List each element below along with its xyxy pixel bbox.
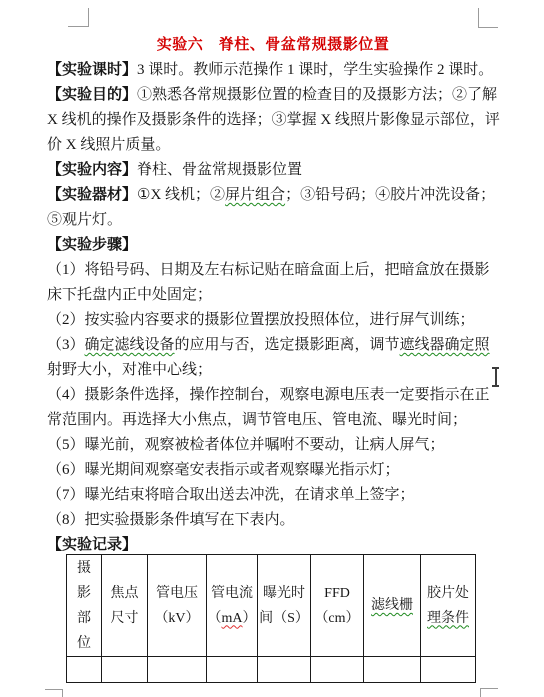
text-segment: 位 (77, 636, 91, 651)
table-empty-cell-ffd-cm[interactable] (311, 657, 364, 683)
text-segment: 理条件 (427, 611, 469, 626)
document-title: 实验六 脊柱、骨盆常规摄影位置 (47, 33, 499, 58)
doc-line: （6）曝光期间观察毫安表指示或者观察曝光指示灯； (47, 458, 499, 483)
section-label: 【实验记录】 (47, 537, 137, 553)
cell-line: 曝光时 (258, 581, 310, 606)
text-segment: ） (243, 611, 257, 626)
cell-line: （cm） (311, 606, 363, 631)
cell-line: （kV） (148, 606, 206, 631)
table-header-cell-lv-xian-shan: 滤线栅 (364, 555, 421, 657)
table-empty-cell-she-ying-bu-wei[interactable] (67, 657, 102, 683)
ibeam-cursor-icon (491, 367, 500, 387)
text-segment: （ (208, 611, 222, 626)
doc-line: X 线机的操作及摄影条件的选择；③掌握 X 线照片影像显示部位，评 (47, 108, 499, 133)
cell-line: 管电压 (148, 581, 206, 606)
text-segment: 影 (77, 586, 91, 601)
text-segment: 价 X 线照片质量。 (47, 137, 170, 153)
text-segment: 脊柱、骨盆常规摄影位置 (137, 162, 302, 178)
cell-line: 管电流 (207, 581, 257, 606)
text-segment: 确定滤线设备 (85, 337, 175, 353)
text-segment: 部 (77, 611, 91, 626)
text-segment: （8）把实验摄影条件填写在下表内。 (47, 512, 295, 528)
text-segment: ①X 线机；② (137, 187, 225, 203)
text-segment: 的应用与否，选定摄影距离，调节 (175, 337, 400, 353)
text-segment: mA (222, 611, 243, 626)
cell-line: 部 (67, 606, 101, 631)
doc-line: （2）按实验内容要求的摄影位置摆放投照体位，进行屏气训练； (47, 308, 499, 333)
table-header-cell-jiao-dian-chi-cun: 焦点尺寸 (102, 555, 148, 657)
doc-line: 价 X 线照片质量。 (47, 133, 499, 158)
table-empty-row (67, 657, 476, 683)
text-segment: （2）按实验内容要求的摄影位置摆放投照体位，进行屏气训练； (47, 312, 475, 328)
table-header-cell-she-ying-bu-wei: 摄影部位 (67, 555, 102, 657)
text-segment: ⑤观片灯。 (47, 212, 122, 228)
text-segment: （5）曝光前，观察被检者体位并嘱咐不要动，让病人屏气； (47, 437, 445, 453)
doc-line: 【实验器材】①X 线机；②屏片组合；③铅号码；④胶片冲洗设备； (47, 183, 499, 208)
text-segment: 间（S） (259, 611, 309, 626)
cell-line: 间（S） (258, 606, 310, 631)
cell-line: 影 (67, 581, 101, 606)
text-segment: ①熟悉各常规摄影位置的检查目的及摄影方法；②了解 (137, 87, 497, 103)
text-segment: 曝光时 (263, 586, 305, 601)
text-segment: FFD (324, 586, 350, 601)
text-segment: 射野大小，对准中心线； (47, 362, 212, 378)
cell-line: 胶片处 (421, 581, 475, 606)
table-header-cell-jiao-pian-chu-li-tiao-jian: 胶片处理条件 (421, 555, 476, 657)
table-empty-cell-pu-guang-shi-jian-s[interactable] (258, 657, 311, 683)
doc-line: 【实验课时】3 课时。教师示范操作 1 课时，学生实验操作 2 课时。 (47, 58, 499, 83)
record-table: 摄影部位焦点尺寸管电压（kV）管电流（mA）曝光时间（S）FFD（cm）滤线栅胶… (66, 554, 476, 683)
cell-line: 摄 (67, 556, 101, 581)
text-segment: 焦点 (111, 586, 139, 601)
table-empty-cell-jiao-dian-chi-cun[interactable] (102, 657, 148, 683)
margin-mark-bottom-right-icon (480, 688, 498, 697)
doc-line: （1）将铅号码、日期及左右标记贴在暗盒面上后，把暗盒放在摄影 (47, 258, 499, 283)
cell-line: 位 (67, 631, 101, 656)
text-segment: 床下托盘内正中处固定； (47, 287, 212, 303)
text-segment: （7）曝光结束将暗合取出送去冲洗，在请求单上签字； (47, 487, 415, 503)
doc-line: 【实验目的】①熟悉各常规摄影位置的检查目的及摄影方法；②了解 (47, 83, 499, 108)
cell-line: （mA） (207, 606, 257, 631)
doc-line: 常范围内。再选择大小焦点，调节管电压、管电流、曝光时间； (47, 408, 499, 433)
text-segment: 管电压 (156, 586, 198, 601)
section-label: 【实验步骤】 (47, 237, 137, 253)
doc-line: （7）曝光结束将暗合取出送去冲洗，在请求单上签字； (47, 483, 499, 508)
text-segment: 屏片组合 (225, 187, 285, 203)
text-segment: 胶片处 (427, 586, 469, 601)
margin-mark-top-left-icon (68, 8, 89, 27)
cell-line: 焦点 (102, 581, 147, 606)
margin-mark-top-right-icon (478, 8, 498, 28)
text-segment: 管电流 (211, 586, 253, 601)
table-header-cell-guan-dian-liu-ma: 管电流（mA） (207, 555, 258, 657)
ibeam-stem (495, 368, 497, 386)
cell-line: 理条件 (421, 606, 475, 631)
doc-line: 【实验内容】脊柱、骨盆常规摄影位置 (47, 158, 499, 183)
text-segment: 常范围内。再选择大小焦点，调节管电压、管电流、曝光时间； (47, 412, 467, 428)
table-empty-cell-jiao-pian-chu-li-tiao-jian[interactable] (421, 657, 476, 683)
document-body: 【实验课时】3 课时。教师示范操作 1 课时，学生实验操作 2 课时。【实验目的… (47, 58, 499, 558)
doc-line: ⑤观片灯。 (47, 208, 499, 233)
document-page[interactable]: 实验六 脊柱、骨盆常规摄影位置 【实验课时】3 课时。教师示范操作 1 课时，学… (0, 0, 544, 697)
table-header-cell-pu-guang-shi-jian-s: 曝光时间（S） (258, 555, 311, 657)
text-segment: （3） (47, 337, 85, 353)
doc-line: 床下托盘内正中处固定； (47, 283, 499, 308)
text-segment: X 线机的操作及摄影条件的选择；③掌握 X 线照片影像显示部位，评 (47, 112, 500, 128)
text-segment: （1）将铅号码、日期及左右标记贴在暗盒面上后，把暗盒放在摄影 (47, 262, 490, 278)
margin-mark-bottom-left-icon (45, 689, 63, 697)
cell-line: 滤线栅 (364, 593, 420, 618)
doc-line: 射野大小，对准中心线； (47, 358, 499, 383)
text-segment: （kV） (154, 611, 199, 626)
section-label: 【实验目的】 (47, 87, 137, 103)
table-empty-cell-guan-dian-liu-ma[interactable] (207, 657, 258, 683)
cell-line: FFD (311, 581, 363, 606)
text-segment: （4）摄影条件选择，操作控制台，观察电源电压表一定要指示在正 (47, 387, 490, 403)
doc-line: （5）曝光前，观察被检者体位并嘱咐不要动，让病人屏气； (47, 433, 499, 458)
doc-line: （4）摄影条件选择，操作控制台，观察电源电压表一定要指示在正 (47, 383, 499, 408)
text-segment: 摄 (77, 561, 91, 576)
table-empty-cell-guan-dian-ya-kv[interactable] (148, 657, 207, 683)
text-segment: 尺寸 (111, 611, 139, 626)
document-content: 实验六 脊柱、骨盆常规摄影位置 【实验课时】3 课时。教师示范操作 1 课时，学… (47, 33, 499, 683)
doc-line: （3）确定滤线设备的应用与否，选定摄影距离，调节遮线器确定照 (47, 333, 499, 358)
section-label: 【实验内容】 (47, 162, 137, 178)
text-segment: （cm） (314, 611, 359, 626)
text-segment: 3 课时。教师示范操作 1 课时，学生实验操作 2 课时。 (137, 62, 493, 78)
text-segment: 遮线器确定照 (400, 337, 490, 353)
doc-line: （8）把实验摄影条件填写在下表内。 (47, 508, 499, 533)
table-header-cell-ffd-cm: FFD（cm） (311, 555, 364, 657)
doc-line: 【实验步骤】 (47, 233, 499, 258)
text-segment: 滤线栅 (371, 598, 413, 613)
ibeam-bottom-bar (492, 385, 499, 387)
section-label: 【实验器材】 (47, 187, 137, 203)
table-header-cell-guan-dian-ya-kv: 管电压（kV） (148, 555, 207, 657)
table-header-row: 摄影部位焦点尺寸管电压（kV）管电流（mA）曝光时间（S）FFD（cm）滤线栅胶… (67, 555, 476, 657)
text-segment: （6）曝光期间观察毫安表指示或者观察曝光指示灯； (47, 462, 400, 478)
table-empty-cell-lv-xian-shan[interactable] (364, 657, 421, 683)
cell-line: 尺寸 (102, 606, 147, 631)
section-label: 【实验课时】 (47, 62, 137, 78)
text-segment: ；③铅号码；④胶片冲洗设备； (285, 187, 495, 203)
